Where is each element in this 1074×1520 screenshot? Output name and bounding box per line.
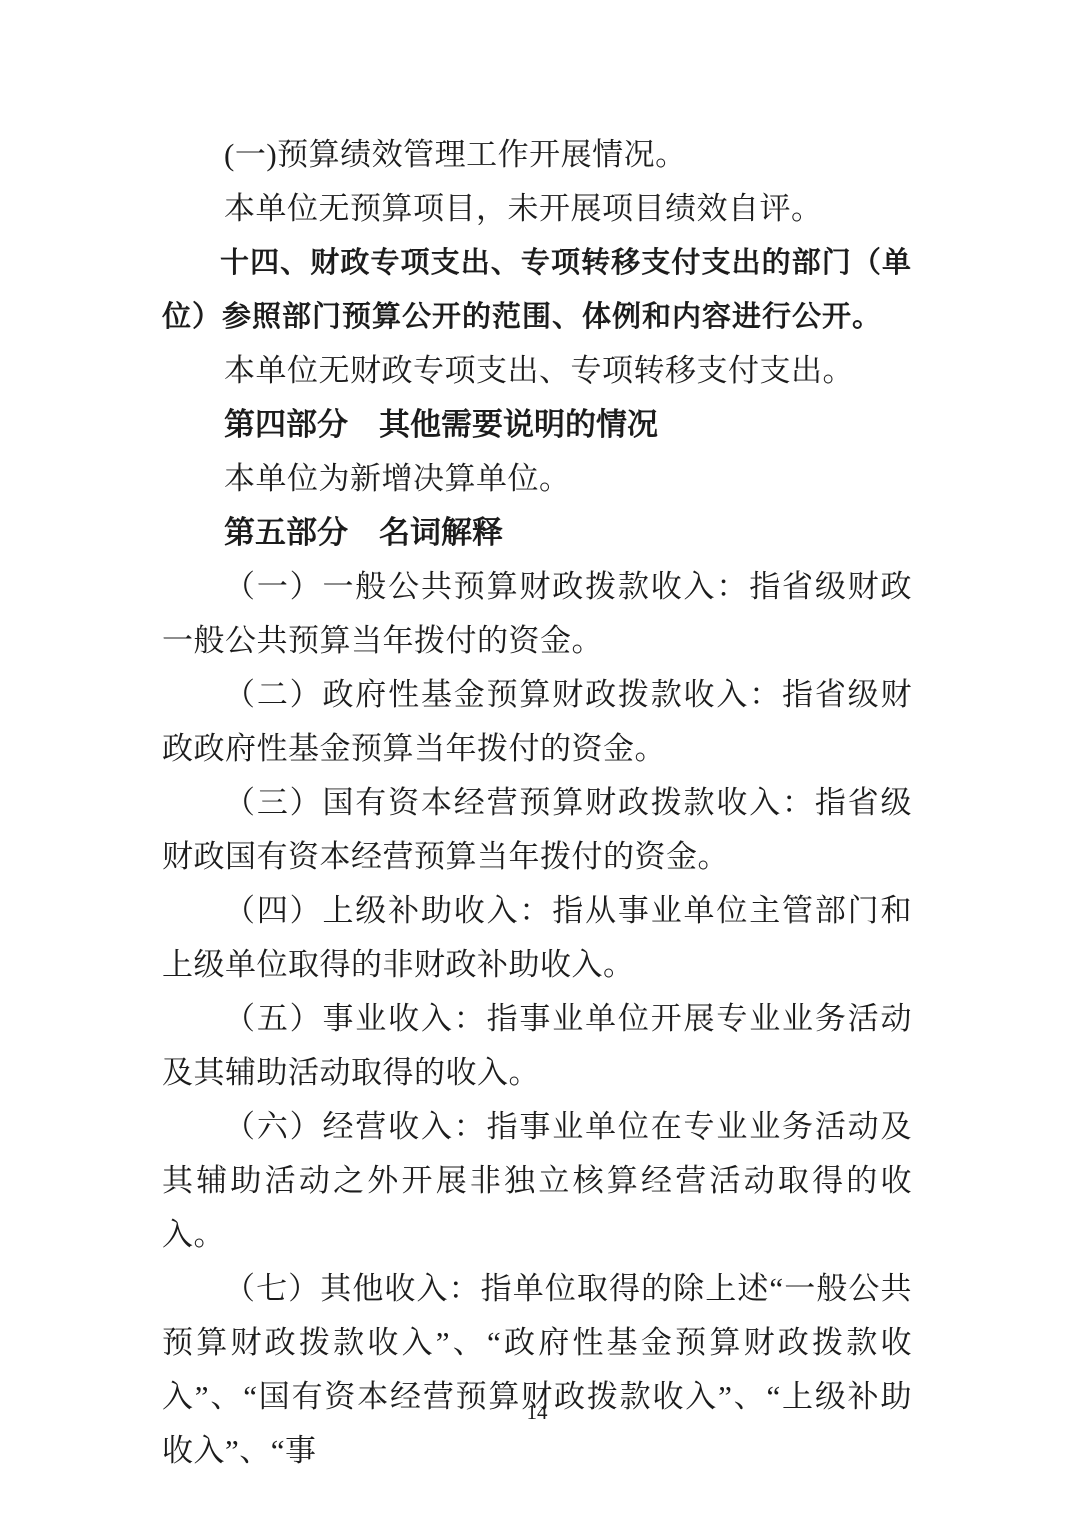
paragraph: （七）其他收入：指单位取得的除上述“一般公共预算财政拨款收入”、“政府性基金预算… <box>162 1262 912 1478</box>
page-number: 14 <box>527 1400 548 1424</box>
paragraph: （三）国有资本经营预算财政拨款收入：指省级财政国有资本经营预算当年拨付的资金。 <box>162 776 912 884</box>
document-page: (一)预算绩效管理工作开展情况。本单位无预算项目，未开展项目绩效自评。十四、财政… <box>0 0 1074 1520</box>
paragraph: （一）一般公共预算财政拨款收入：指省级财政一般公共预算当年拨付的资金。 <box>162 560 912 668</box>
paragraph: (一)预算绩效管理工作开展情况。 <box>162 128 912 182</box>
paragraph: 本单位为新增决算单位。 <box>162 452 912 506</box>
paragraph: （四）上级补助收入：指从事业单位主管部门和上级单位取得的非财政补助收入。 <box>162 884 912 992</box>
document-content: (一)预算绩效管理工作开展情况。本单位无预算项目，未开展项目绩效自评。十四、财政… <box>162 128 912 1478</box>
paragraph: 本单位无财政专项支出、专项转移支付支出。 <box>162 344 912 398</box>
paragraph: 十四、财政专项支出、专项转移支付支出的部门（单位）参照部门预算公开的范围、体例和… <box>162 236 912 344</box>
page-footer: 14 <box>0 1400 1074 1425</box>
paragraph: （五）事业收入：指事业单位开展专业业务活动及其辅助活动取得的收入。 <box>162 992 912 1100</box>
paragraph: 本单位无预算项目，未开展项目绩效自评。 <box>162 182 912 236</box>
section-heading: 第五部分 名词解释 <box>162 506 912 560</box>
paragraph: （六）经营收入：指事业单位在专业业务活动及其辅助活动之外开展非独立核算经营活动取… <box>162 1100 912 1262</box>
paragraph: （二）政府性基金预算财政拨款收入：指省级财政政府性基金预算当年拨付的资金。 <box>162 668 912 776</box>
section-heading: 第四部分 其他需要说明的情况 <box>162 398 912 452</box>
